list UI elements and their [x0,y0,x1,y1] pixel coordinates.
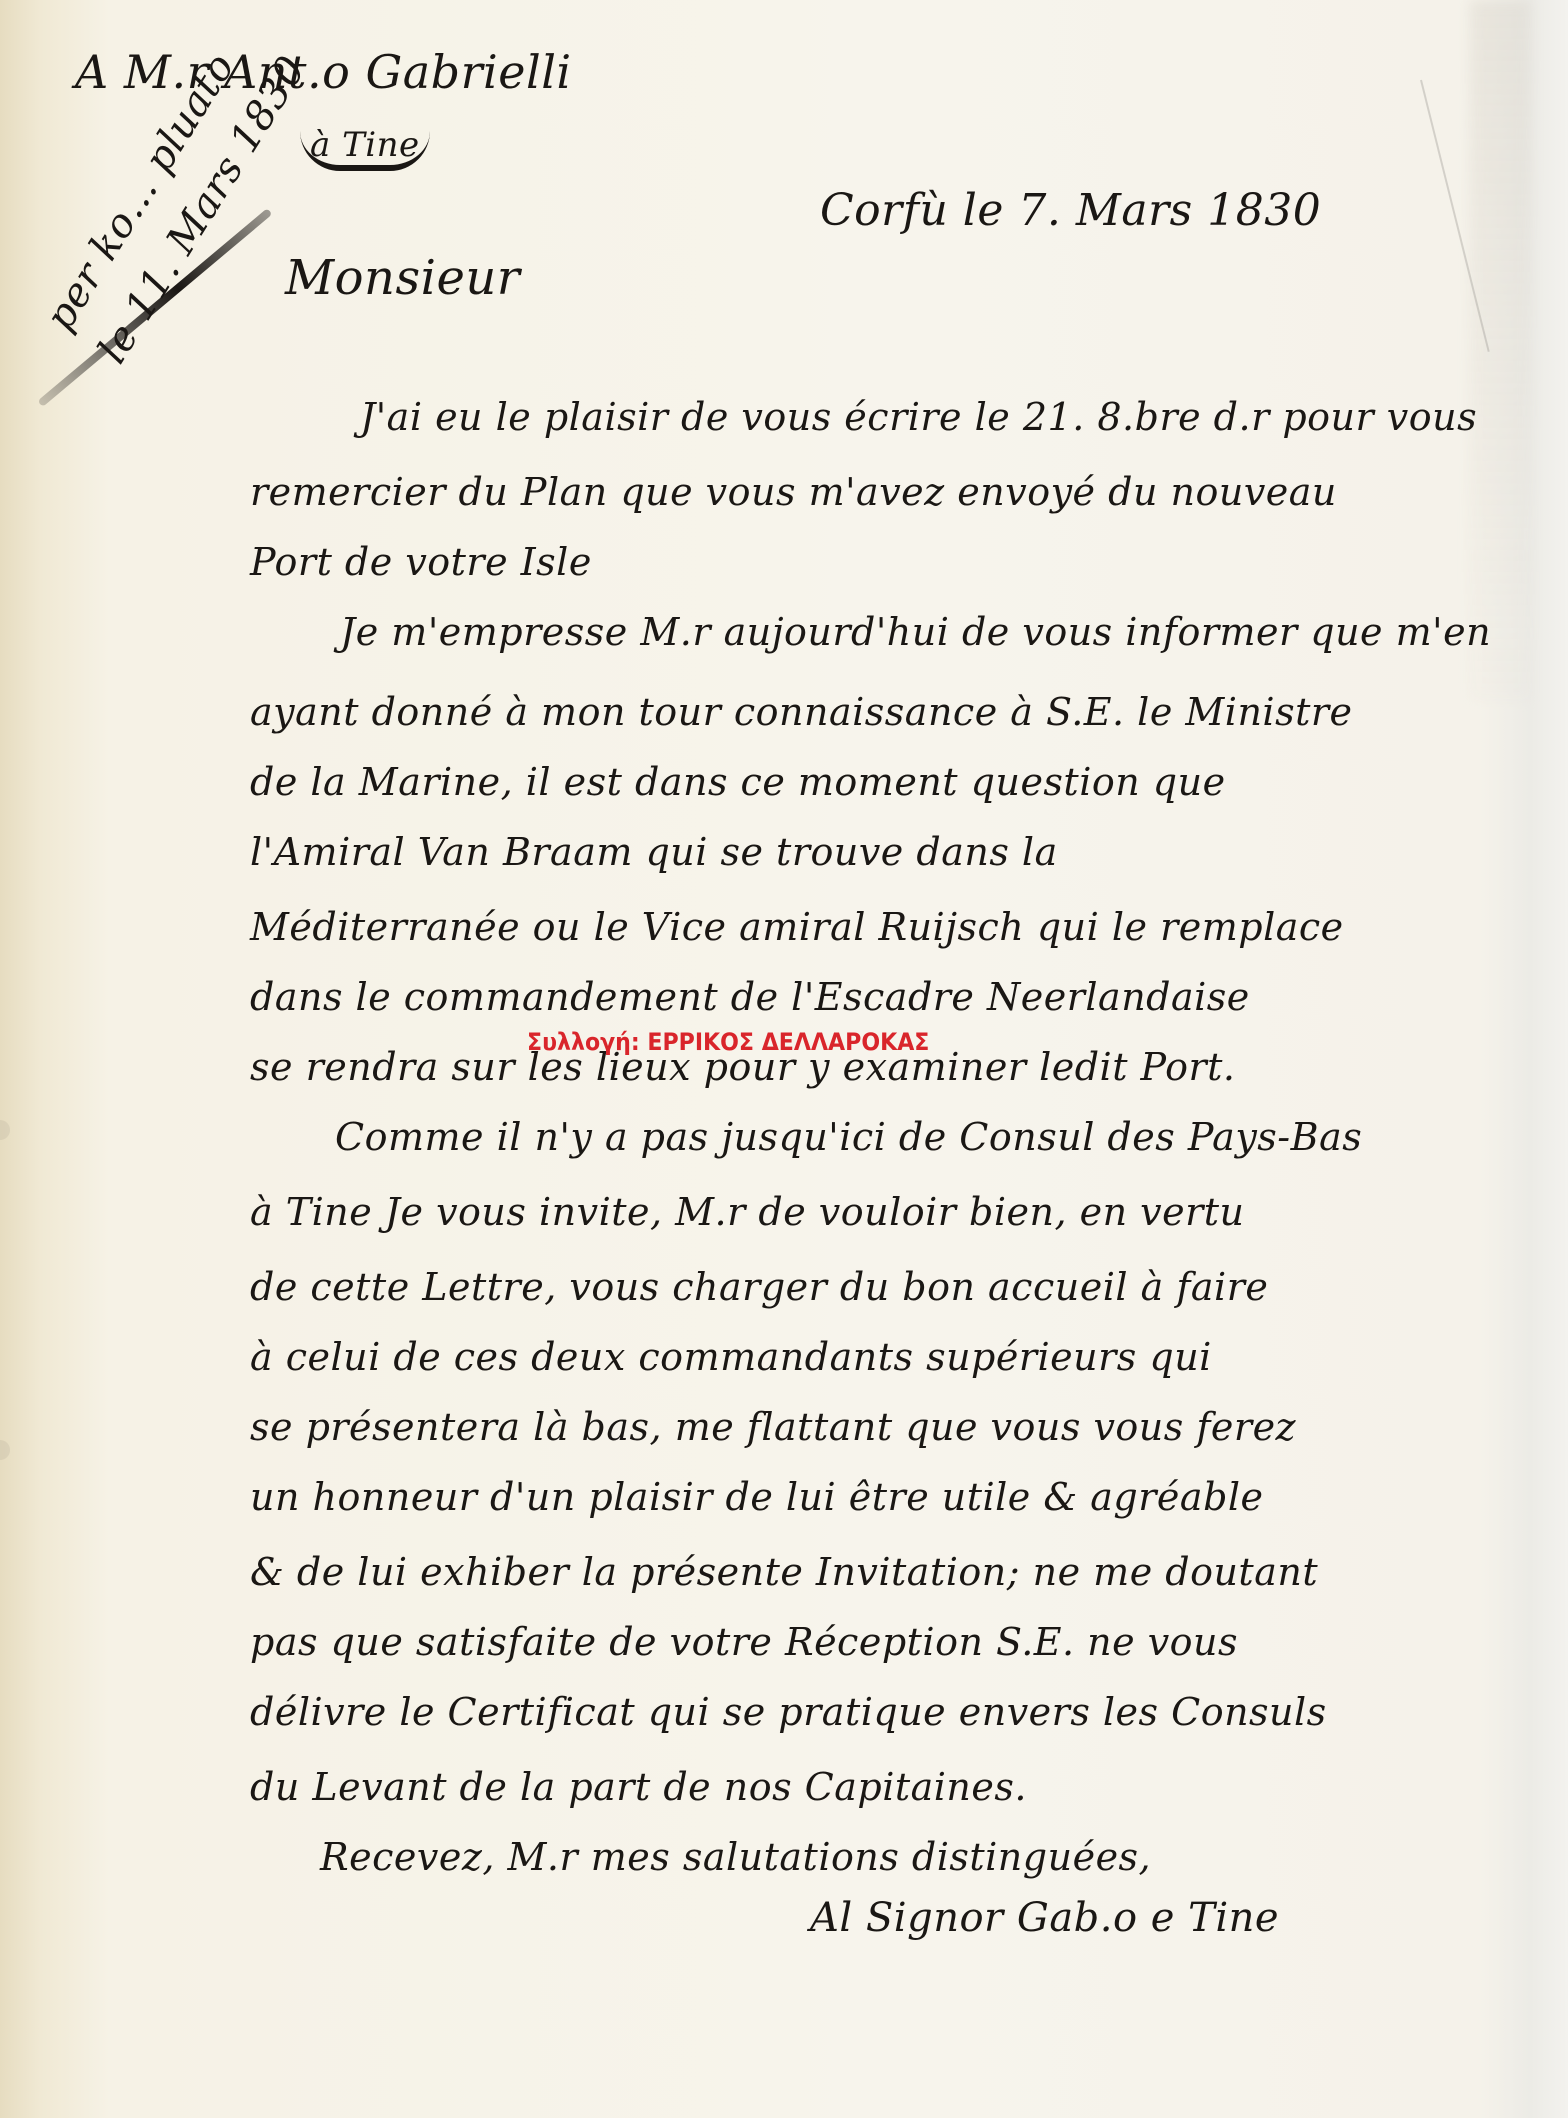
recipient-location-text: à Tine [300,125,430,171]
body-line: un honneur d'un plaisir de lui être util… [250,1475,1264,1519]
body-line: Je m'empresse M.r aujourd'hui de vous in… [340,610,1491,654]
body-line: J'ai eu le plaisir de vous écrire le 21.… [360,395,1477,439]
recipient-location: à Tine [300,125,430,171]
binding-hole [0,1440,10,1460]
salutation: Monsieur [285,250,520,306]
body-line: se présentera là bas, me flattant que vo… [250,1405,1296,1449]
body-line: Méditerranée ou le Vice amiral Ruijsch q… [250,905,1344,949]
closing-line: Recevez, M.r mes salutations distinguées… [320,1835,1151,1879]
body-line: à Tine Je vous invite, M.r de vouloir bi… [250,1190,1245,1234]
binding-hole [0,1120,10,1140]
letter-paper: A M.r Ant.o Gabrielli à Tine per ko… plu… [0,0,1568,2118]
body-line: & de lui exhiber la présente Invitation;… [250,1550,1318,1594]
body-line: délivre le Certificat qui se pratique en… [250,1690,1327,1734]
body-line: Comme il n'y a pas jusqu'ici de Consul d… [335,1115,1362,1159]
paper-stain [1470,0,1530,700]
body-line: du Levant de la part de nos Capitaines. [250,1765,1027,1809]
body-line: de cette Lettre, vous charger du bon acc… [250,1265,1268,1309]
collection-watermark: Συλλογή: ΕΡΡΙΚΟΣ ΔΕΛΛΑΡΟΚΑΣ [527,1028,929,1056]
body-line: de la Marine, il est dans ce moment ques… [250,760,1226,804]
body-line: pas que satisfaite de votre Réception S.… [250,1620,1238,1664]
body-line: l'Amiral Van Braam qui se trouve dans la [250,830,1058,874]
body-line: à celui de ces deux commandants supérieu… [250,1335,1212,1379]
recipient-address: A M.r Ant.o Gabrielli [75,45,572,99]
body-line: Port de votre Isle [250,540,592,584]
dateline: Corfù le 7. Mars 1830 [820,185,1321,236]
signature: Al Signor Gab.o e Tine [810,1895,1279,1941]
body-line: dans le commandement de l'Escadre Neerla… [250,975,1250,1019]
body-line: remercier du Plan que vous m'avez envoyé… [250,470,1337,514]
body-line: ayant donné à mon tour connaissance à S.… [250,690,1353,734]
